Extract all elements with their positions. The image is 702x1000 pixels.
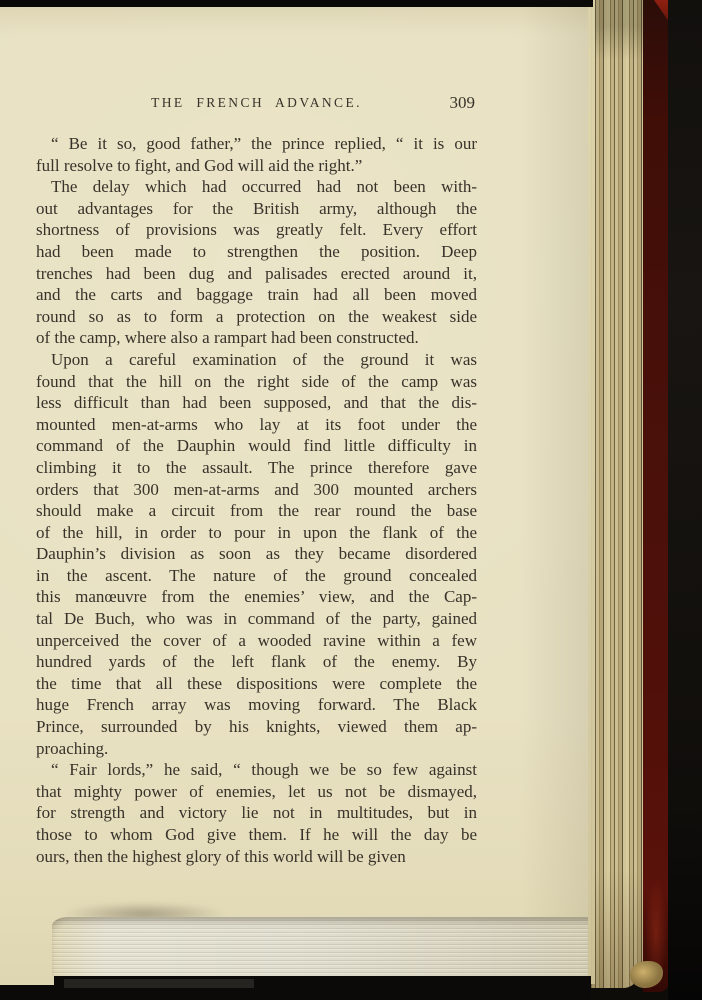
background-right — [668, 0, 702, 1000]
text-line: hundred yards of the left flank of the e… — [36, 651, 477, 673]
text-line: out advantages for the British army, alt… — [36, 198, 477, 220]
text-line: shortness of provisions was greatly felt… — [36, 219, 477, 241]
text-line: huge French array was moving forward. Th… — [36, 694, 477, 716]
book-photo: THE FRENCH ADVANCE. 309 “ Be it so, good… — [0, 0, 702, 1000]
background-top — [0, 0, 593, 7]
paragraph: Upon a careful examination of the ground… — [36, 349, 477, 759]
text-line: less difficult than had been supposed, a… — [36, 392, 477, 414]
text-line: found that the hill on the right side of… — [36, 371, 477, 393]
text-line: “ Fair lords,” he said, “ though we be s… — [36, 759, 477, 781]
text-line: Upon a careful examination of the ground… — [36, 349, 477, 371]
book-page: THE FRENCH ADVANCE. 309 “ Be it so, good… — [0, 7, 591, 985]
text-line: that mighty power of enemies, let us not… — [36, 781, 477, 803]
text-line: this manœuvre from the enemies’ view, an… — [36, 586, 477, 608]
text-line: proaching. — [36, 738, 477, 760]
text-line: “ Be it so, good father,” the prince rep… — [36, 133, 477, 155]
text-line: ours, then the highest glory of this wor… — [36, 846, 477, 868]
running-head: THE FRENCH ADVANCE. 309 — [36, 95, 477, 115]
page-stack-fore-edge — [588, 0, 645, 988]
page-bottom-edges — [52, 917, 591, 976]
running-title: THE FRENCH ADVANCE. — [36, 95, 477, 111]
text-line: mounted men-at-arms who lay at its foot … — [36, 414, 477, 436]
text-line: The delay which had occurred had not bee… — [36, 176, 477, 198]
text-line: orders that 300 men-at-arms and 300 moun… — [36, 479, 477, 501]
text-line: round so as to form a protection on the … — [36, 306, 477, 328]
page-text: “ Be it so, good father,” the prince rep… — [36, 133, 477, 867]
background-bottom-left — [0, 985, 54, 1000]
text-line: for strength and victory lie not in mult… — [36, 802, 477, 824]
text-line: of the hill, in order to pour in upon th… — [36, 522, 477, 544]
text-line: Dauphin’s division as soon as they becam… — [36, 543, 477, 565]
text-line: those to whom God give them. If he will … — [36, 824, 477, 846]
paragraph: “ Fair lords,” he said, “ though we be s… — [36, 759, 477, 867]
page-number: 309 — [450, 93, 476, 113]
text-line: in the ascent. The nature of the ground … — [36, 565, 477, 587]
text-line: full resolve to fight, and God will aid … — [36, 155, 477, 177]
text-line: trenches had been dug and palisades erec… — [36, 263, 477, 285]
text-line: should make a circuit from the rear roun… — [36, 500, 477, 522]
text-line: command of the Dauphin would find little… — [36, 435, 477, 457]
text-line: and the carts and baggage train had all … — [36, 284, 477, 306]
text-line: the time that all these dispositions wer… — [36, 673, 477, 695]
text-line: tal De Buch, who was in command of the p… — [36, 608, 477, 630]
text-line: Prince, surrounded by his knights, viewe… — [36, 716, 477, 738]
text-line: unperceived the cover of a wooded ravine… — [36, 630, 477, 652]
text-line: climbing it to the assault. The prince t… — [36, 457, 477, 479]
paragraph: The delay which had occurred had not bee… — [36, 176, 477, 349]
text-line: had been made to strengthen the position… — [36, 241, 477, 263]
table-surface-edge — [64, 979, 254, 988]
current-page-edge — [588, 0, 595, 984]
book-cover-edge — [643, 0, 669, 992]
text-line: of the camp, where also a rampart had be… — [36, 327, 477, 349]
paragraph: “ Be it so, good father,” the prince rep… — [36, 133, 477, 176]
